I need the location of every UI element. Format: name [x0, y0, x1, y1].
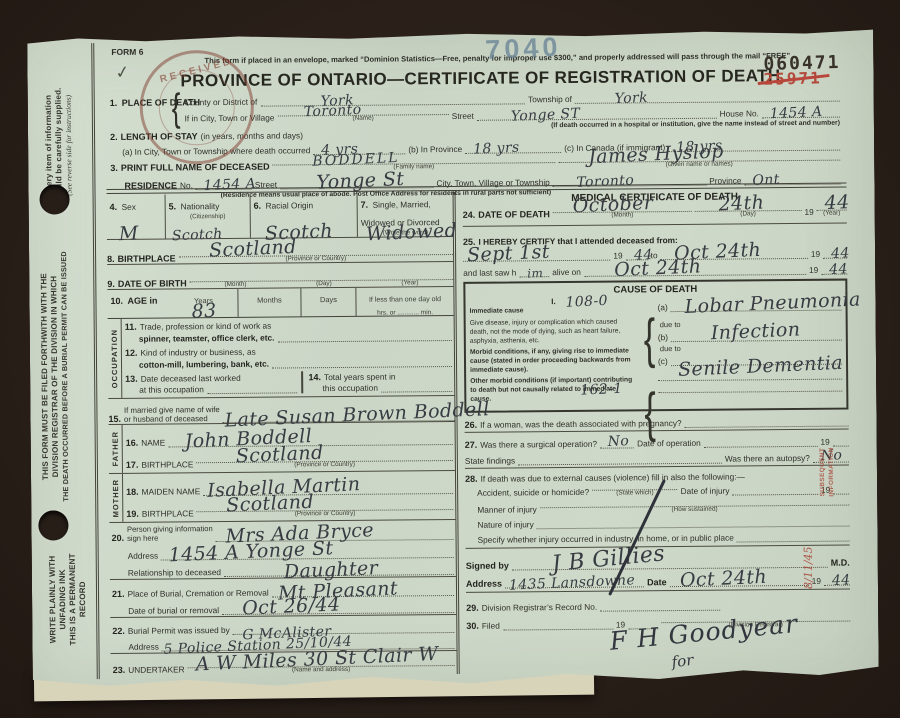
- registrar-for-note: for: [671, 651, 695, 671]
- street-label: Street: [452, 111, 474, 121]
- last-saw-label: and last saw h: [463, 267, 516, 277]
- brace-glyph: {: [644, 312, 656, 366]
- item-number: 12.: [125, 348, 138, 358]
- item-number: 13.: [125, 374, 138, 384]
- father-birthplace-label: BIRTHPLACE: [141, 459, 193, 469]
- item-number: 30.: [466, 621, 479, 631]
- house-no-label: House No.: [720, 108, 759, 118]
- cause-code1: 108-0: [565, 292, 608, 312]
- attended-from-value: Sept 1st: [467, 241, 551, 267]
- md-label: M.D.: [831, 558, 850, 568]
- signed-date-value: Oct 24th: [679, 566, 767, 592]
- mother-side-label: MOTHER: [111, 479, 120, 518]
- operation-block: 27. Was there a surgical operation? No D…: [465, 430, 849, 469]
- signed-year-value: 44: [832, 573, 851, 590]
- father-group: FATHER 16. NAME John Boddell 17. BIRTHPL…: [109, 422, 455, 474]
- autopsy-label: Was there an autopsy?: [725, 453, 810, 464]
- cause-b-label: (b): [658, 332, 668, 342]
- row-spouse: 15. If married give name of wife or husb…: [108, 396, 454, 425]
- item-number: 15.: [108, 414, 121, 424]
- row-date-of-birth: 9. DATE OF BIRTH (Month) (Day) (Year): [107, 262, 453, 290]
- burial-block: 21. Place of Burial, Cremation or Remova…: [110, 577, 456, 618]
- printed-19: 19: [811, 249, 820, 259]
- family-name-value: BODDELL: [312, 150, 400, 170]
- date-of-death-row: 24. DATE OF DEATH October (Month) 24th (…: [463, 202, 847, 220]
- father-name-label: NAME: [141, 438, 165, 448]
- nature-label: Nature of injury: [477, 520, 533, 530]
- margin-note-line: THE DEATH OCCURRED BEFORE A BURIAL PERMI…: [59, 243, 70, 509]
- item-number: 22.: [112, 626, 125, 636]
- last-saw-fill: im: [527, 266, 544, 281]
- findings-label: State findings: [465, 456, 515, 466]
- cause-of-death-box: CAUSE OF DEATH I. Immediate cause 108-0 …: [463, 279, 848, 414]
- township-label: Township of: [528, 94, 572, 104]
- sex-label: Sex: [122, 202, 136, 212]
- total-years-label: Total years spent in: [324, 372, 396, 383]
- relationship-label: Relationship to deceased: [128, 567, 221, 578]
- informant-label2: sign here: [127, 533, 213, 543]
- cause-entries: (a) Lobar Pneumonia { due to (b) Infecti…: [643, 295, 842, 406]
- item-number: 10.: [110, 296, 123, 306]
- trade-label: Trade, profession or kind of work as: [140, 321, 272, 332]
- house-no-value: 1454 A: [770, 104, 823, 122]
- last-worked-label2: at this occupation: [139, 384, 204, 395]
- registration-number-old: 25971: [763, 68, 822, 89]
- death-certificate-page: Every item of information should be care…: [27, 28, 879, 691]
- item-number: 7.: [361, 200, 369, 210]
- received-stamp: RECEIVED: [139, 50, 254, 165]
- year-caption: (Year): [401, 280, 418, 287]
- item-number: 19.: [126, 509, 139, 519]
- roman-one: I.: [469, 296, 637, 308]
- item-number: 16.: [126, 438, 139, 448]
- age-label: AGE in: [127, 296, 157, 306]
- death-day-value: 24th: [718, 191, 765, 215]
- row-sex-nationality: 4. Sex M 5. Nationality (Citizenship) Sc…: [107, 192, 453, 240]
- item-number: 27.: [465, 440, 478, 450]
- item-number: 6.: [254, 201, 262, 211]
- item-number: 23.: [113, 665, 126, 675]
- item-number: 28.: [465, 474, 478, 484]
- margin-note-line: RECORD: [77, 513, 89, 685]
- cause-instructions: I. Immediate cause 108-0 Give disease, i…: [469, 296, 644, 407]
- item-number: 1.: [110, 98, 118, 108]
- physician-address-label: Address: [466, 579, 502, 589]
- alive-date-value: Oct 24th: [613, 255, 701, 281]
- permit-label: Burial Permit was issued by: [128, 625, 230, 636]
- brace-glyph: {: [644, 386, 656, 440]
- cause-c-label: (c): [658, 356, 668, 366]
- residence-province-value: Ont: [752, 172, 780, 189]
- father-side-label: FATHER: [111, 431, 120, 467]
- margin-note-reverse: (See reverse side for instructions): [63, 49, 74, 241]
- township-value: York: [615, 90, 649, 107]
- mother-maiden-label: MAIDEN NAME: [142, 486, 201, 497]
- received-stamp-ring: [158, 69, 235, 146]
- burial-date-label: Date of burial or removal: [128, 605, 219, 616]
- item-number: 17.: [126, 460, 139, 470]
- mother-group: MOTHER 18. MAIDEN NAME Isabella Martin 1…: [109, 471, 455, 523]
- filed-label: Filed: [482, 621, 500, 631]
- signed-date-label: Date: [647, 578, 667, 588]
- form-border: [91, 43, 100, 679]
- hours-label: If less than one day old: [369, 296, 441, 304]
- residence-city-value: Toronto: [576, 172, 634, 191]
- cause-a-label: (a): [658, 302, 668, 312]
- racial-origin-label: Racial Origin: [266, 200, 314, 210]
- undertaker-row: 23. UNDERTAKER A W Miles 30 St Clair W (…: [111, 651, 457, 675]
- mother-birthplace-label: BIRTHPLACE: [142, 508, 194, 518]
- item-number: 9.: [107, 279, 115, 289]
- occupation-group: OCCUPATION 11. Trade, profession or kind…: [108, 316, 455, 399]
- father-birthplace-value: Scotland: [236, 441, 325, 467]
- cause-b-value: Infection: [710, 318, 801, 344]
- stamp-line: SUBSEQUENT: [819, 448, 826, 497]
- printed-19: 19: [820, 437, 829, 447]
- operation-label: Was there a surgical operation?: [480, 439, 597, 450]
- specify-label: Specify whether injury occurred in indus…: [478, 533, 734, 545]
- medical-column: MEDICAL CERTIFICATE OF DEATH 24. DATE OF…: [456, 189, 851, 674]
- stay-b-value: 18 yrs: [473, 140, 520, 158]
- item-number: 20.: [111, 533, 124, 543]
- row-age: 10. AGE in Years 83 Months Days If less: [107, 287, 453, 319]
- date-of-death-label: DATE OF DEATH: [478, 209, 550, 220]
- item-number: 18.: [126, 487, 139, 497]
- months-label: Months: [257, 295, 282, 304]
- item-number: 3.: [110, 163, 118, 173]
- stamp-line: INFORMATION: [828, 447, 835, 497]
- subsequent-note-handwriting: 8/11/45: [802, 546, 815, 589]
- mother-birthplace-value: Scotland: [226, 490, 315, 516]
- birthplace-value: Scotland: [208, 235, 297, 261]
- immediate-cause-note: Give disease, injury or complication whi…: [470, 318, 638, 346]
- number-stamp: 7040: [485, 32, 562, 66]
- spouse-label2: or husband of deceased: [124, 414, 220, 424]
- month-caption: (Month): [224, 281, 246, 288]
- age-years-value: 83: [191, 300, 217, 323]
- alive-on-label: alive on: [552, 267, 581, 277]
- manner-label: Manner of injury: [477, 505, 537, 516]
- item-number: 26.: [465, 420, 478, 430]
- item-number: 14.: [308, 372, 321, 382]
- printed-19: 19: [809, 265, 818, 275]
- item-number: 24.: [463, 210, 476, 220]
- cause-code2: 162-1: [580, 380, 623, 400]
- attended-to-year: 44: [831, 245, 850, 262]
- occupation-side-label: OCCUPATION: [110, 329, 120, 388]
- registrar-record-label: Division Registrar’s Record No.: [482, 602, 598, 613]
- operation-answer: No: [608, 434, 630, 451]
- desk-background: Every item of information should be care…: [0, 0, 900, 718]
- days-label: Days: [320, 295, 337, 304]
- street-value: Yonge ST: [511, 106, 581, 125]
- morbid-note: Morbid conditions, if any, giving rise t…: [470, 348, 638, 376]
- industry-examples: cotton-mill, lumbering, bank, etc.: [139, 359, 269, 370]
- immediate-cause-label: Immediate cause: [470, 308, 524, 315]
- subsequent-information-stamp: SUBSEQUENT INFORMATION: [819, 447, 837, 497]
- hours-minutes-line: hrs. or ............ min.: [360, 310, 451, 317]
- burial-date-value: Oct 26/44: [242, 593, 341, 619]
- informant-address-label: Address: [128, 551, 159, 561]
- personal-column: 4. Sex M 5. Nationality (Citizenship) Sc…: [107, 192, 460, 677]
- printed-19: 19: [804, 207, 813, 217]
- punch-hole-top: [39, 184, 69, 214]
- item-number: 11.: [125, 322, 137, 332]
- item-number: 21.: [112, 589, 125, 599]
- signed-by-label: Signed by: [466, 561, 509, 571]
- marital-value: Widowed: [365, 219, 457, 245]
- sex-value: M: [118, 222, 139, 245]
- day-caption: (Day): [316, 281, 332, 288]
- form-columns: 4. Sex M 5. Nationality (Citizenship) Sc…: [107, 189, 851, 677]
- city-value: Toronto: [303, 101, 361, 120]
- punch-hole-bottom: [38, 510, 68, 540]
- item-number: 5.: [169, 201, 177, 211]
- death-year-value: 44: [824, 191, 850, 214]
- margin-note-filed: THIS FORM MUST BE FILED FORTHWITH WITH T…: [39, 243, 70, 509]
- item-number: 4.: [110, 202, 118, 212]
- total-years-label2: this occupation: [323, 383, 378, 393]
- item-number: 8.: [107, 254, 115, 264]
- death-month-value: October: [572, 191, 653, 216]
- industry-label: Kind of industry or business, as: [140, 347, 255, 358]
- alive-year-value: 44: [829, 261, 848, 278]
- item-number: 29.: [466, 603, 479, 613]
- signed-by-row: Signed by J B Gillies M.D.: [466, 546, 850, 571]
- external-causes-block: 28. If death was due to external causes …: [465, 466, 850, 549]
- form-number: FORM 6: [111, 47, 143, 57]
- item-number: 2.: [110, 132, 118, 142]
- permit-address-label: Address: [128, 642, 159, 652]
- nationality-label: Nationality: [181, 201, 220, 211]
- residence-street-value: Yonge St: [316, 168, 405, 194]
- birthplace-label: BIRTHPLACE: [118, 253, 176, 264]
- residence-no-value: 1454 A: [204, 176, 257, 194]
- trade-examples: spinner, teamster, office clerk, etc.: [139, 333, 275, 344]
- date-of-birth-label: DATE OF BIRTH: [118, 278, 187, 289]
- citizenship-caption: (Citizenship): [169, 214, 247, 221]
- undertaker-label: UNDERTAKER: [128, 664, 184, 674]
- informant-block: 20. Person giving information sign here …: [109, 520, 455, 580]
